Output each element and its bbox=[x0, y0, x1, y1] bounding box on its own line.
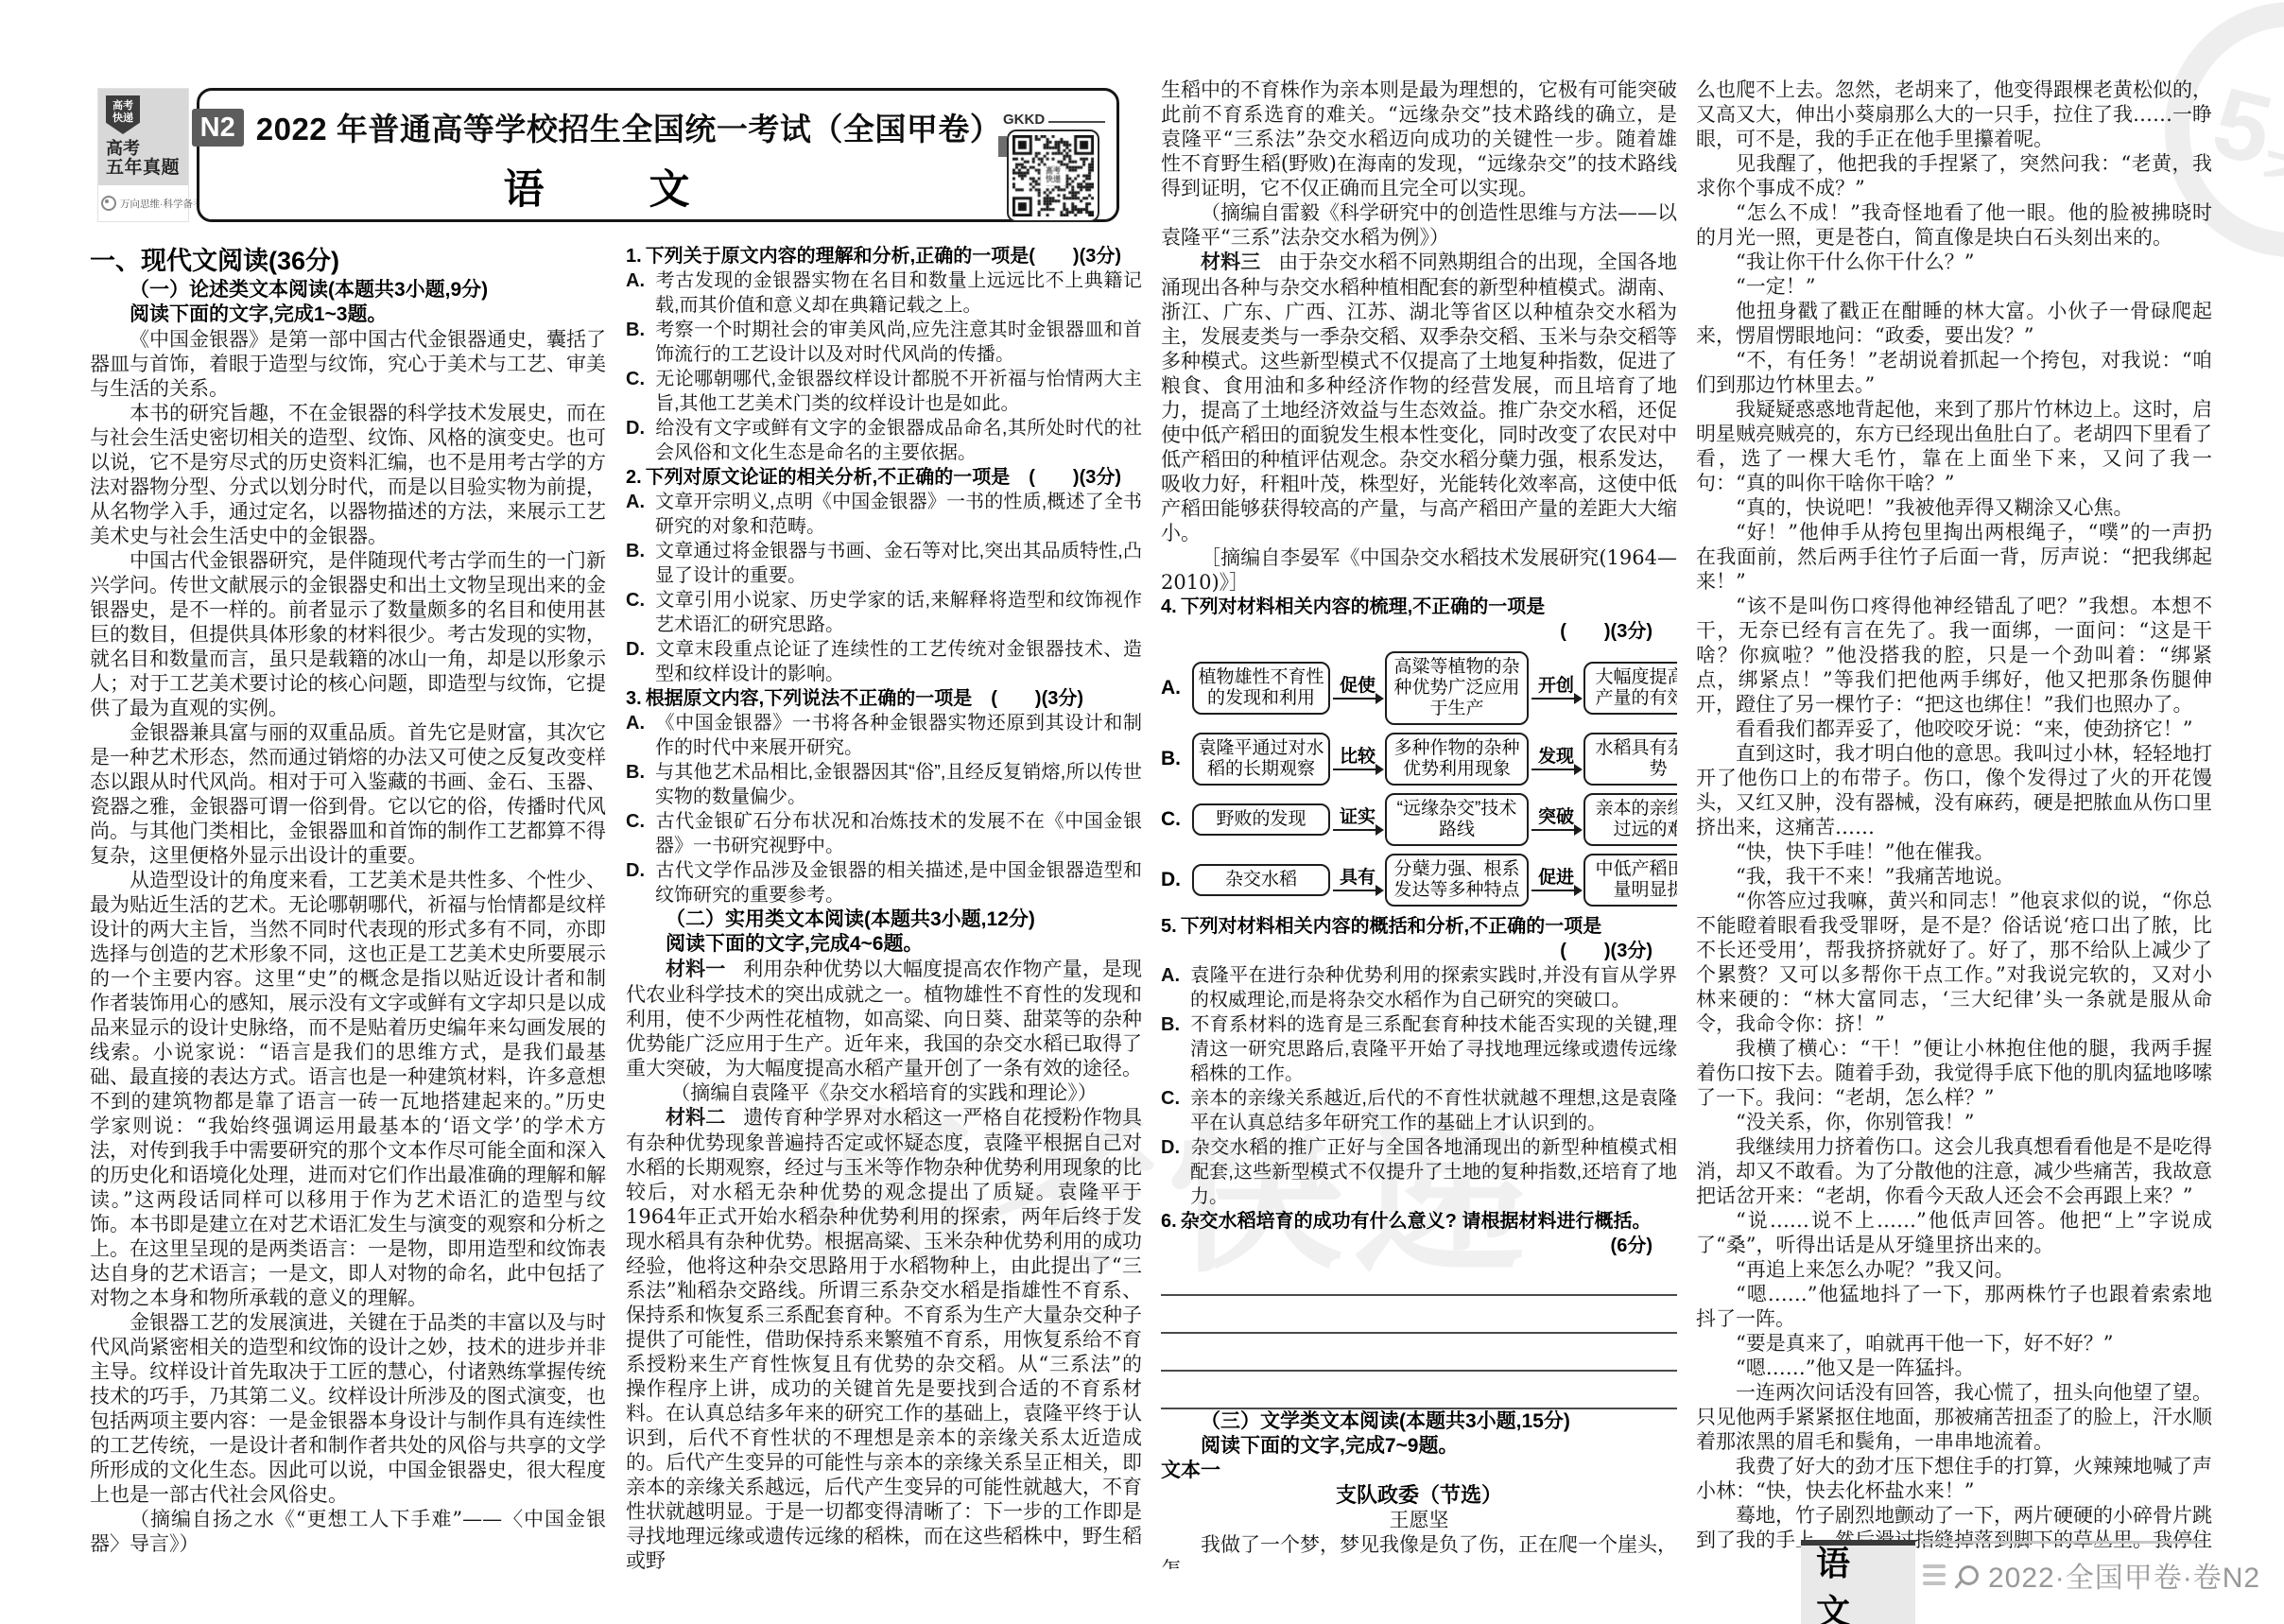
qr-label: GKKD bbox=[1003, 112, 1045, 128]
option-text: 文章通过将金银器与书画、金石等对比,突出其品质特性,凸显了设计的重要。 bbox=[655, 541, 1142, 586]
question-score: ( )(3分) bbox=[1161, 619, 1677, 644]
brand-card: 高考 快递 高考 五年真题 万向思维·科学备考 bbox=[97, 88, 189, 222]
option-text: 文章开宗明义,点明《中国金银器》一书的性质,概述了全书研究的对象和范畴。 bbox=[655, 492, 1142, 537]
paragraph: “要是真来了，咱就再干他一下，好不好？” bbox=[1696, 1331, 2212, 1356]
answer-line bbox=[1161, 1372, 1677, 1409]
text-label: 文本一 bbox=[1161, 1459, 1677, 1483]
option-text: 杂交水稻的推广正好与全国各地涌现出的新型种植模式相配套,这些新型模式不仅提升了土… bbox=[1190, 1137, 1677, 1207]
paragraph: 见我醒了，他把我的手捏紧了，突然问我：“老黄，我求你个事成不成？” bbox=[1696, 151, 2212, 200]
arrow-label: 促进 bbox=[1538, 869, 1574, 888]
brand-logo-icon bbox=[101, 196, 116, 211]
question-stem: 1.下列关于原文内容的理解和分析,正确的一项是( )(3分) bbox=[626, 244, 1142, 268]
paragraph: “快，快下手哇！”他在催我。 bbox=[1696, 839, 2212, 864]
option-text: 考古发现的金银器实物在名目和数量上远远比不上典籍记载,而其价值和意义却在典籍记载… bbox=[655, 270, 1142, 316]
flow-row: C.野败的发现证实“远缘杂交”技术路线突破亲本的亲缘关系过远的难关 bbox=[1161, 793, 1677, 846]
flow-box: “远缘杂交”技术路线 bbox=[1385, 793, 1529, 846]
paragraph: 金银器工艺的发展演进，关键在于品类的丰富以及与时代风尚紧密相关的造型和纹饰的设计… bbox=[90, 1310, 606, 1507]
question-score: ( )(3分) bbox=[1029, 246, 1121, 267]
subsection-heading: （三）文学类文本阅读(本题共3小题,15分) bbox=[1161, 1409, 1677, 1434]
paragraph: “一定！” bbox=[1696, 274, 2212, 299]
footer-subject-tab: 语 文 bbox=[1801, 1540, 1915, 1624]
exam-header: N2 2022 年普通高等学校招生全国统一考试（全国甲卷） 语 文 GKKD bbox=[197, 88, 1119, 222]
exam-code-badge: N2 bbox=[192, 109, 244, 147]
search-icon bbox=[1959, 1565, 1979, 1585]
answer-line bbox=[1161, 1258, 1677, 1296]
option-text: 考察一个时期社会的审美风尚,应先注意其时金银器皿和首饰流行的工艺设计以及对时代风… bbox=[655, 320, 1142, 365]
question-number: 3. bbox=[626, 688, 642, 709]
question-score: ( )(3分) bbox=[1010, 467, 1121, 488]
option: B.与其他艺术品相比,金银器因其“俗”,且经反复销熔,所以传世实物的数量偏少。 bbox=[626, 760, 1142, 809]
qr-side-mark bbox=[998, 136, 1007, 157]
option-label: A. bbox=[626, 711, 655, 735]
answer-line bbox=[1161, 1296, 1677, 1334]
flow-box: 亲本的亲缘关系过远的难关 bbox=[1583, 793, 1677, 846]
question-stem: 2.下列对原文论证的相关分析,不正确的一项是 ( )(3分) bbox=[626, 465, 1142, 490]
option-text: 不育系材料的选育是三系配套育种技术能否实现的关键,理清这一研究思路后,袁隆平开始… bbox=[1190, 1014, 1677, 1084]
option-text: 《中国金银器》一书将各种金银器实物还原到其设计和制作的时代中来展开研究。 bbox=[655, 713, 1142, 758]
option-label: B. bbox=[626, 318, 655, 342]
paragraph: “怎么不成！”我奇怪地看了他一眼。他的脸被拂晓时的月光一照，更是苍白，简直像是块… bbox=[1696, 200, 2212, 250]
exam-title: 2022 年普通高等学校招生全国统一考试（全国甲卷） bbox=[256, 105, 1002, 149]
flow-arrow: 促使 bbox=[1333, 677, 1382, 700]
paragraph: 材料三由于杂交水稻不同熟期组合的出现，全国各地涌现出各种与杂交水稻种植相配套的新… bbox=[1161, 250, 1677, 545]
menu-icon bbox=[1923, 1564, 1946, 1585]
brand-slogan-row: 万向思维·科学备考 bbox=[98, 185, 188, 221]
option-text: 袁隆平在进行杂种优势利用的探索实践时,并没有盲从学界的权威理论,而是将杂交水稻作… bbox=[1190, 965, 1677, 1011]
paragraph: 他扭身戳了戳正在酣睡的林大富。小伙子一骨碌爬起来，愣眉愣眼地问：“政委，要出发？… bbox=[1696, 299, 2212, 348]
question-score: (6分) bbox=[1161, 1234, 1677, 1258]
flow-row-label: B. bbox=[1161, 748, 1192, 770]
paragraph: 中国古代金银器研究，是伴随现代考古学而生的一门新兴学问。传世文献展示的金银器史和… bbox=[90, 548, 606, 720]
option-label: B. bbox=[1161, 1012, 1190, 1037]
paragraph: “再追上来怎么办呢？”我又问。 bbox=[1696, 1257, 2212, 1282]
option: B.文章通过将金银器与书画、金石等对比,突出其品质特性,凸显了设计的重要。 bbox=[626, 539, 1142, 588]
flow-box: 植物雄性不育性的发现和利用 bbox=[1192, 662, 1330, 715]
paragraph: 从造型设计的角度来看，工艺美术是共性多、个性少、最为贴近生活的艺术。无论哪朝哪代… bbox=[90, 868, 606, 1310]
brand-slogan: 万向思维·科学备考 bbox=[120, 197, 203, 211]
paragraph: “你答应过我嘛，黄兴和同志！”他哀求似的说，“你总不能瞪着眼看我受罪呀，是不是？… bbox=[1696, 889, 2212, 1036]
option: C.古代金银矿石分布状况和冶炼技术的发展不在《中国金银器》一书研究视野中。 bbox=[626, 809, 1142, 858]
paragraph: 我继续用力挤着伤口。这会儿我真想看看他是不是吃得消，却又不敢看。为了分散他的注意… bbox=[1696, 1134, 2212, 1208]
source-note: （摘编自雷毅《科学研究中的创造性思维与方法——以袁隆平“三系”法杂交水稻为例》） bbox=[1161, 200, 1677, 250]
paragraph: 我费了好大的劲才压下想住手的打算，火辣辣地喊了声小林：“快，快去化杯盐水来！” bbox=[1696, 1454, 2212, 1503]
question-stem: 3.根据原文内容,下列说法不正确的一项是 ( )(3分) bbox=[626, 686, 1142, 711]
question-number: 4. bbox=[1161, 596, 1177, 617]
qr-area: GKKD bbox=[1007, 112, 1101, 222]
source-note: （摘编自袁隆平《杂交水稻培育的实践和理论》） bbox=[626, 1080, 1142, 1105]
flow-row-label: D. bbox=[1161, 869, 1192, 891]
option-text: 无论哪朝哪代,金银器纹样设计都脱不开祈福与怡情两大主旨,其他工艺美术门类的纹样设… bbox=[655, 369, 1142, 414]
qr-label-line bbox=[1048, 121, 1105, 123]
arrow-label: 比较 bbox=[1340, 748, 1376, 767]
material-label: 材料三 bbox=[1201, 251, 1260, 273]
option: B.不育系材料的选育是三系配套育种技术能否实现的关键,理清这一研究思路后,袁隆平… bbox=[1161, 1012, 1677, 1086]
flow-row-label: A. bbox=[1161, 677, 1192, 700]
flow-box: 中低产稻田的产量明显提高 bbox=[1583, 854, 1677, 907]
section-heading: 一、现代文阅读(36分) bbox=[90, 244, 606, 278]
arrow-line bbox=[1531, 829, 1581, 831]
option-label: D. bbox=[626, 637, 655, 662]
option-label: C. bbox=[626, 367, 655, 391]
brand-title-line1: 高考 bbox=[106, 139, 181, 158]
exam-title-row: N2 2022 年普通高等学校招生全国统一考试（全国甲卷） bbox=[199, 105, 1116, 149]
qr-label-row: GKKD bbox=[1003, 112, 1105, 128]
paragraph: 么也爬不上去。忽然，老胡来了，他变得跟棵老黄松似的，又高又大，伸出小葵扇那么大的… bbox=[1696, 78, 2212, 151]
question-stem: 4.下列对材料相关内容的梳理,不正确的一项是 bbox=[1161, 595, 1677, 619]
flow-box: 野败的发现 bbox=[1192, 803, 1330, 836]
paragraph: “我，我干不来！”我痛苦地说。 bbox=[1696, 864, 2212, 889]
option: D.杂交水稻的推广正好与全国各地涌现出的新型种植模式相配套,这些新型模式不仅提升… bbox=[1161, 1135, 1677, 1209]
corner-watermark-text: 5真 bbox=[2201, 43, 2284, 217]
paragraph: 本书的研究旨趣，不在金银器的科学技术发展史，而在与社会生活史密切相关的造型、纹饰… bbox=[90, 401, 606, 548]
question-number: 2. bbox=[626, 467, 642, 488]
flow-box: 分蘖力强、根系发达等多种特点 bbox=[1385, 854, 1529, 907]
flow-box: 杂交水稻 bbox=[1192, 864, 1330, 896]
arrow-label: 促使 bbox=[1340, 677, 1376, 696]
flowchart: A.植物雄性不育性的发现和利用促使高粱等植物的杂种优势广泛应用于生产开创大幅度提… bbox=[1161, 651, 1677, 907]
arrow-line bbox=[1531, 890, 1581, 891]
source-note: （摘编自扬之水《“更想工人下手难”——〈中国金银器〉导言》） bbox=[90, 1507, 606, 1556]
option-label: A. bbox=[1161, 963, 1190, 988]
option-label: A. bbox=[626, 268, 655, 293]
flow-box: 水稻具有杂种优势 bbox=[1583, 733, 1677, 786]
option-label: B. bbox=[626, 539, 655, 563]
brand-title-line2: 五年真题 bbox=[106, 158, 181, 178]
flow-box: 多种作物的杂种优势利用现象 bbox=[1385, 733, 1529, 786]
question-score: ( )(3分) bbox=[972, 688, 1083, 709]
option: A.袁隆平在进行杂种优势利用的探索实践时,并没有盲从学界的权威理论,而是将杂交水… bbox=[1161, 963, 1677, 1012]
option-text: 文章引用小说家、历史学家的话,来解释将造型和纹饰视作艺术语汇的研究思路。 bbox=[655, 590, 1142, 635]
arrow-line bbox=[1333, 769, 1382, 770]
option-text: 亲本的亲缘关系越近,后代的不育性状就越不理想,这是袁隆平在认真总结多年研究工作的… bbox=[1190, 1088, 1677, 1133]
exam-paper-page: { "brand": { "shield_line1": "高考", "shie… bbox=[0, 0, 2284, 1624]
option: D.给没有文字或鲜有文字的金银器成品命名,其所处时代的社会风俗和文化生态是命名的… bbox=[626, 416, 1142, 465]
subsection-heading: （二）实用类文本阅读(本题共3小题,12分) bbox=[626, 907, 1142, 932]
option-text: 古代文学作品涉及金银器的相关描述,是中国金银器造型和纹饰研究的重要参考。 bbox=[655, 860, 1142, 906]
qr-frame bbox=[1007, 130, 1099, 222]
paragraph: 金银器兼具富与丽的双重品质。首先它是财富，其次它是一种艺术形态，然而通过销熔的办… bbox=[90, 720, 606, 868]
flow-arrow: 发现 bbox=[1531, 748, 1581, 770]
paragraph: “嗯……”他又是一阵猛抖。 bbox=[1696, 1356, 2212, 1380]
instruction: 阅读下面的文字,完成1~3题。 bbox=[90, 302, 606, 327]
arrow-line bbox=[1531, 769, 1581, 770]
paragraph: “嗯……”他猛地抖了一下，那两株竹子也跟着索索地抖了一阵。 bbox=[1696, 1282, 2212, 1331]
column-2: 1.下列关于原文内容的理解和分析,正确的一项是( )(3分)A.考古发现的金银器… bbox=[626, 244, 1142, 1571]
paragraph: 一连两次问话没有回答，我心慌了，扭头向他望了望。只见他两手紧紧抠住地面，那被痛苦… bbox=[1696, 1380, 2212, 1454]
paragraph: 我横了横心：“干！”便让小林抱住他的腿，我两手握着伤口按下去。随着手劲，我觉得手… bbox=[1696, 1036, 2212, 1110]
option-text: 给没有文字或鲜有文字的金银器成品命名,其所处时代的社会风俗和文化生态是命名的主要… bbox=[655, 418, 1142, 463]
paragraph: “我让你干什么你干什么？” bbox=[1696, 250, 2212, 274]
option: C.亲本的亲缘关系越近,后代的不育性状就越不理想,这是袁隆平在认真总结多年研究工… bbox=[1161, 1086, 1677, 1135]
paragraph: “没关系，你，你别管我！” bbox=[1696, 1110, 2212, 1134]
paragraph: 《中国金银器》是第一部中国古代金银器通史，囊括了器皿与首饰，着眼于造型与纹饰，究… bbox=[90, 327, 606, 401]
option-label: D. bbox=[1161, 1135, 1190, 1160]
flow-arrow: 证实 bbox=[1333, 808, 1382, 831]
flow-box: 袁隆平通过对水稻的长期观察 bbox=[1192, 733, 1330, 786]
option-label: B. bbox=[626, 760, 655, 785]
flow-box: 高粱等植物的杂种优势广泛应用于生产 bbox=[1385, 651, 1529, 725]
option: D.古代文学作品涉及金银器的相关描述,是中国金银器造型和纹饰研究的重要参考。 bbox=[626, 858, 1142, 907]
material-label: 材料二 bbox=[666, 1107, 725, 1129]
brand-panel: 高考 快递 高考 五年真题 bbox=[98, 89, 188, 185]
option: A.《中国金银器》一书将各种金银器实物还原到其设计和制作的时代中来展开研究。 bbox=[626, 711, 1142, 760]
text-author: 王愿坚 bbox=[1161, 1508, 1677, 1532]
brand-title: 高考 五年真题 bbox=[106, 139, 181, 178]
paragraph: “该不是叫伤口疼得他神经错乱了吧？”我想。本想不干，无奈已经有言在先了。我一面绑… bbox=[1696, 594, 2212, 717]
option-label: A. bbox=[626, 490, 655, 514]
brand-shield-icon: 高考 快递 bbox=[106, 95, 140, 134]
option-text: 文章末段重点论证了连续性的工艺传统对金银器技术、造型和纹样设计的影响。 bbox=[655, 639, 1142, 684]
option: C.文章引用小说家、历史学家的话,来解释将造型和纹饰视作艺术语汇的研究思路。 bbox=[626, 588, 1142, 637]
arrow-label: 开创 bbox=[1538, 677, 1574, 696]
footer-rule bbox=[1921, 1541, 2203, 1544]
shield-text-1: 高考 bbox=[106, 100, 140, 112]
question-number: 1. bbox=[626, 246, 642, 267]
arrow-line bbox=[1333, 698, 1382, 700]
paragraph: 我做了一个梦，梦见我像是负了伤，正在爬一个崖头，怎 bbox=[1161, 1532, 1677, 1569]
paragraph: 蓦地，竹子剧烈地颤动了一下，两片硬硬的小碎骨片跳到了我的手上，然后滑过指缝掉落到… bbox=[1696, 1503, 2212, 1552]
arrow-label: 发现 bbox=[1538, 748, 1574, 767]
qr-code bbox=[1012, 135, 1094, 216]
flow-row: D.杂交水稻具有分蘖力强、根系发达等多种特点促进中低产稻田的产量明显提高 bbox=[1161, 854, 1677, 907]
material-label: 材料一 bbox=[666, 959, 725, 980]
option-label: C. bbox=[626, 588, 655, 613]
text-title: 支队政委（节选） bbox=[1161, 1483, 1677, 1508]
arrow-label: 突破 bbox=[1538, 808, 1574, 827]
column-3: 生稻中的不育株作为亲本则是最为理想的，它极有可能突破此前不育系选育的难关。“远缘… bbox=[1161, 78, 1677, 1569]
arrow-label: 证实 bbox=[1340, 808, 1376, 827]
paragraph: “好！”他伸手从挎包里掏出两根绳子，“噗”的一声扔在我面前，然后两手往竹子后面一… bbox=[1696, 520, 2212, 594]
paragraph: 看看我们都弄妥了，他咬咬牙说：“来，使劲挤它！” bbox=[1696, 717, 2212, 741]
flow-arrow: 突破 bbox=[1531, 808, 1581, 831]
question-stem: 5.下列对材料相关内容的概括和分析,不正确的一项是 bbox=[1161, 914, 1677, 939]
option-label: C. bbox=[626, 809, 655, 834]
instruction: 阅读下面的文字,完成4~6题。 bbox=[626, 932, 1142, 957]
option: C.无论哪朝哪代,金银器纹样设计都脱不开祈福与怡情两大主旨,其他工艺美术门类的纹… bbox=[626, 367, 1142, 416]
question-stem: 6.杂交水稻培育的成功有什么意义? 请根据材料进行概括。 bbox=[1161, 1209, 1677, 1234]
option-text: 与其他艺术品相比,金银器因其“俗”,且经反复销熔,所以传世实物的数量偏少。 bbox=[655, 762, 1142, 807]
flow-arrow: 具有 bbox=[1333, 869, 1382, 891]
answer-line bbox=[1161, 1334, 1677, 1372]
footer-info: 2022·全国甲卷·卷N2 bbox=[1988, 1554, 2260, 1596]
option-label: D. bbox=[626, 858, 655, 883]
option-text: 古代金银矿石分布状况和冶炼技术的发展不在《中国金银器》一书研究视野中。 bbox=[655, 811, 1142, 856]
option: B.考察一个时期社会的审美风尚,应先注意其时金银器皿和首饰流行的工艺设计以及对时… bbox=[626, 318, 1142, 367]
paragraph: 材料二遗传育种学界对水稻这一严格自花授粉作物具有杂种优势现象普遍持否定或怀疑态度… bbox=[626, 1105, 1142, 1571]
source-note: ［摘编自李晏军《中国杂交水稻技术发展研究(1964—2010)》］ bbox=[1161, 545, 1677, 595]
option: A.文章开宗明义,点明《中国金银器》一书的性质,概述了全书研究的对象和范畴。 bbox=[626, 490, 1142, 539]
question-score: ( )(3分) bbox=[1161, 939, 1677, 963]
arrow-line bbox=[1531, 698, 1581, 700]
paragraph: 我疑疑惑惑地背起他，来到了那片竹林边上。这时，启明星贼亮贼亮的，东方已经现出鱼肚… bbox=[1696, 397, 2212, 495]
flow-arrow: 促进 bbox=[1531, 869, 1581, 891]
instruction: 阅读下面的文字,完成7~9题。 bbox=[1161, 1434, 1677, 1459]
column-1: 一、现代文阅读(36分)（一）论述类文本阅读(本题共3小题,9分)阅读下面的文字… bbox=[90, 244, 606, 1616]
flow-row: A.植物雄性不育性的发现和利用促使高粱等植物的杂种优势广泛应用于生产开创大幅度提… bbox=[1161, 651, 1677, 725]
footer-meta: 2022·全国甲卷·卷N2 bbox=[1923, 1554, 2260, 1596]
paragraph: “真的，快说吧！”我被他弄得又糊涂又心焦。 bbox=[1696, 495, 2212, 520]
arrow-label: 具有 bbox=[1340, 869, 1376, 888]
question-number: 5. bbox=[1161, 916, 1177, 937]
flow-row: B.袁隆平通过对水稻的长期观察比较多种作物的杂种优势利用现象发现水稻具有杂种优势 bbox=[1161, 733, 1677, 786]
flow-box: 大幅度提高水稻产量的有效路径 bbox=[1583, 662, 1677, 715]
arrow-line bbox=[1333, 829, 1382, 831]
option-label: C. bbox=[1161, 1086, 1190, 1111]
paragraph: 生稻中的不育株作为亲本则是最为理想的，它极有可能突破此前不育系选育的难关。“远缘… bbox=[1161, 78, 1677, 200]
paragraph: “说……说不上……”他低声回答。他把“上”字说成了“桑”，听得出话是从牙缝里挤出… bbox=[1696, 1208, 2212, 1257]
paragraph: “不，有任务！”老胡说着抓起一个挎包，对我说：“咱们到那边竹林里去。” bbox=[1696, 348, 2212, 397]
column-4: 么也爬不上去。忽然，老胡来了，他变得跟棵老黄松似的，又高又大，伸出小葵扇那么大的… bbox=[1696, 78, 2212, 1552]
option-label: D. bbox=[626, 416, 655, 441]
subject-title: 语 文 bbox=[199, 158, 1116, 216]
subsection-heading: （一）论述类文本阅读(本题共3小题,9分) bbox=[90, 278, 606, 302]
flow-row-label: C. bbox=[1161, 808, 1192, 831]
option: D.文章末段重点论证了连续性的工艺传统对金银器技术、造型和纹样设计的影响。 bbox=[626, 637, 1142, 686]
flow-arrow: 开创 bbox=[1531, 677, 1581, 700]
question-number: 6. bbox=[1161, 1211, 1177, 1232]
paragraph: 材料一利用杂种优势以大幅度提高农作物产量，是现代农业科学技术的突出成就之一。植物… bbox=[626, 957, 1142, 1080]
flow-arrow: 比较 bbox=[1333, 748, 1382, 770]
option: A.考古发现的金银器实物在名目和数量上远远比不上典籍记载,而其价值和意义却在典籍… bbox=[626, 268, 1142, 318]
paragraph: 直到这时，我才明白他的意思。我叫过小林，轻轻地打开了他伤口上的布带子。伤口，像个… bbox=[1696, 741, 2212, 839]
arrow-line bbox=[1333, 890, 1382, 891]
shield-text-2: 快递 bbox=[106, 112, 140, 125]
